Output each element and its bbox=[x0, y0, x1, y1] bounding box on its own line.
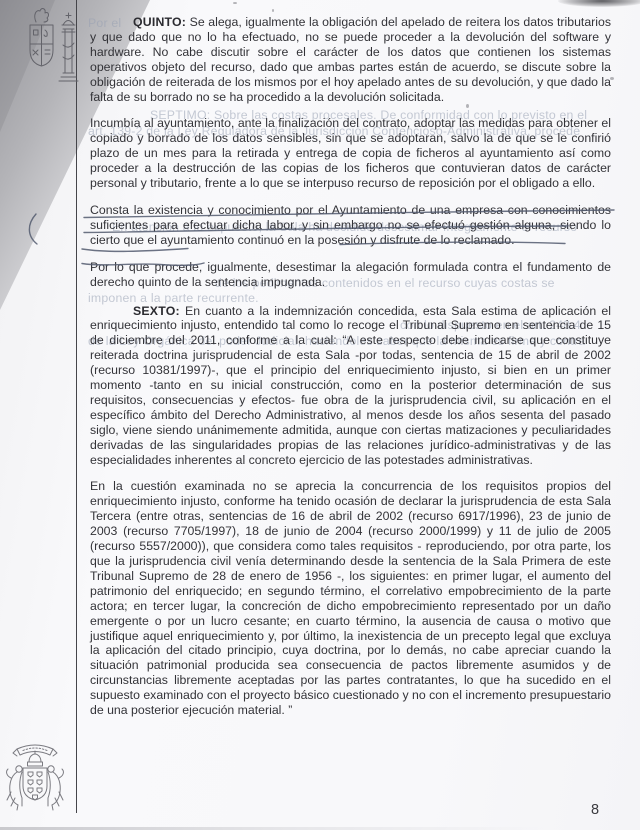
paragraph-lead-quinto: QUINTO: bbox=[133, 15, 186, 29]
paragraph-text: Por lo que procede, igualmente, desestim… bbox=[90, 260, 611, 289]
paragraph-text: En cuanto a la indemnización concedida, … bbox=[90, 304, 611, 467]
paragraph-incumbia: Incumbía al ayuntamiento, ante la finali… bbox=[90, 116, 611, 191]
paragraph-text: Consta la existencia y conocimiento por … bbox=[90, 203, 611, 247]
paragraph-por-lo-que: Por lo que procede, igualmente, desestim… bbox=[90, 260, 611, 290]
canary-islands-coat-of-arms-stamp bbox=[3, 740, 67, 812]
paragraph-text: En la cuestión examinada no se aprecia l… bbox=[90, 479, 611, 717]
paragraph-consta-annotated: Consta la existencia y conocimiento por … bbox=[90, 203, 611, 248]
canary-islands-coat-of-arms-icon bbox=[3, 740, 67, 812]
paragraph-en-la-cuestion: En la cuestión examinada no se aprecia l… bbox=[90, 479, 611, 718]
paragraph-quinto: QUINTO: Se alega, igualmente la obligaci… bbox=[90, 15, 611, 104]
document-text: QUINTO: Se alega, igualmente la obligaci… bbox=[90, 15, 611, 730]
page-number: 8 bbox=[591, 802, 599, 818]
scanned-court-document-page: Por el SEPTIMO: Sobre las costas procesa… bbox=[0, 0, 640, 830]
spain-coat-of-arms-stamp bbox=[27, 5, 79, 99]
paragraph-sexto: SEXTO: En cuanto a la indemnización conc… bbox=[90, 304, 611, 468]
spain-coat-of-arms-icon bbox=[27, 5, 79, 99]
pen-underline-stroke bbox=[82, 248, 188, 251]
paragraph-text: Incumbía al ayuntamiento, ante la finali… bbox=[90, 116, 611, 190]
paragraph-lead-sexto: SEXTO: bbox=[133, 304, 180, 318]
